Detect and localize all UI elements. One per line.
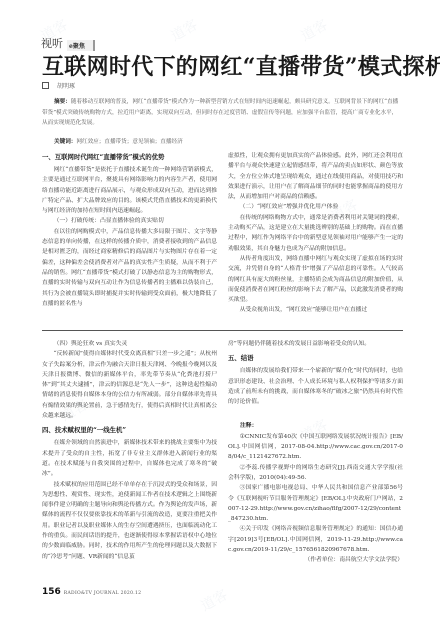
paragraph: 虚拟性，让观众拥有更加真实的产品体验感。此外，网红还会利用直播平台与观众快速建立…: [228, 151, 403, 202]
section-heading-1: 一、互联网时代网红“直播带货”模式的优势: [42, 151, 217, 163]
author-name: 胡明琢: [57, 81, 75, 90]
watermark: 道客: [297, 14, 331, 45]
subsection-heading-1: （一）打破传统：凸显直播体验的真实贴切: [42, 216, 217, 226]
column-top-right: 虚拟性，让观众拥有更加真实的产品体验感。此外，网红还会利用直播平台与观众快速建立…: [228, 151, 403, 316]
journal-brand: 视听: [41, 35, 63, 51]
keywords: 关键词：网红效应；直播带货；意见领袖；直播经济: [54, 137, 183, 145]
square-bullet-icon: [42, 82, 49, 89]
column-bottom-left: （四）舆论狂欢 vs 真实失灵 “反转新闻”使得自媒体时代受众离真相“只差一步之…: [42, 339, 217, 562]
page-number: 156: [42, 587, 61, 597]
section-tag: 视听 e聚焦: [41, 35, 95, 51]
document-page: 视听 e聚焦 互联网时代下的网红“直播带货”模式探析 胡明琢 摘要：随着移动互联…: [0, 0, 440, 620]
paragraph: 在媒介领域的自然演进中，新媒体技术带来的挑战主要集中为技术提升了受众的自主性，拓…: [42, 438, 217, 479]
paragraph: “反转新闻”使得自媒体时代受众离真相“只差一步之遥”；从杭州女子失踪案分析，津云…: [42, 349, 217, 421]
paragraph: 从传者角度出发，网络直播中网红与观众实现了虚拟在场的实时交流，并凭借自身的“人格…: [228, 254, 403, 305]
author-line: 胡明琢: [42, 81, 75, 90]
note-item: ④关于印发《网络音视频信息服务管理规定》的通知：国信办通字[2019]3号[EB…: [228, 524, 403, 555]
paragraph: 在传统的网络购物方式中，通常是消费者利用对关键词的搜索，主动购买产品，这是建立在…: [228, 213, 403, 254]
paragraph: 自媒体的发展给我们带来一个崭新的“媒介化”时代的同时，也给意识形态建设、社会治理…: [228, 366, 403, 407]
paragraph: 从受众视角出发，“网红效应”能够让用户在直播过: [228, 305, 403, 315]
abstract: 摘要：随着移动互联网的普及，网红“直播带货”模式作为一种新型营销方式在短时间内迅…: [42, 97, 402, 129]
page-footer: 156 RADIO&TV JOURNAL 2020.12: [42, 587, 141, 597]
notes-title: 注释：: [228, 421, 403, 431]
abstract-text: 随着移动互联网的普及，网红“直播带货”模式作为一种新型营销方式在短时间内迅速崛起…: [42, 99, 398, 126]
subsection-heading-4: （四）舆论狂欢 vs 真实失灵: [42, 339, 217, 349]
keywords-label: 关键词：: [54, 139, 76, 145]
page-divider: [42, 330, 403, 331]
paragraph: 技术赋权的应用范围已经不单单存在于沉浸式的受众和场景，因为思想性、观赏性、现实性…: [42, 480, 217, 562]
author-affiliation: （作者单位：南昌航空大学文法学院）: [228, 555, 403, 565]
column-bottom-right: 房”等问题仍伴随着技术的发展日益影响着受众的认知。 五、结语 自媒体的发展给我们…: [228, 339, 403, 566]
note-item: ①CNNIC发布第40次《中国互联网络发展状况统计报告》[EB/OL].中国网信…: [228, 432, 403, 463]
paragraph: 网红“直播带货”是依托于直播技术诞生的一种网络营销新模式，主要是通过互联网平台，…: [42, 165, 217, 216]
abstract-label: 摘要：: [54, 99, 71, 105]
note-item: ②李蕊.传播学视野中的网络生态研究[J].西南交通大学学报(社会科学版)，201…: [228, 463, 403, 484]
subsection-heading-2: （二）“网红效应”增强并优化用户体验: [228, 202, 403, 212]
paragraph: 房”等问题仍伴随着技术的发展日益影响着受众的认知。: [228, 339, 403, 349]
article-title: 互联网时代下的网红“直播带货”模式探析: [42, 50, 440, 81]
watermark: 道客: [167, 14, 201, 45]
section-heading-5: 五、结语: [228, 352, 403, 364]
note-item: ③国家广播电影电视总局、中华人民共和国信息产业部第56号令《互联网视听节目服务管…: [228, 483, 403, 524]
column-top-left: 一、互联网时代网红“直播带货”模式的优势 网红“直播带货”是依托于直播技术诞生的…: [42, 151, 217, 309]
watermark: 道客: [197, 584, 231, 615]
paragraph: 在以往的网购模式中，产品信息传播大多局限于图片、文字等静态信息的单向传播，在这样…: [42, 227, 217, 309]
journal-name: RADIO&TV JOURNAL 2020.12: [64, 591, 142, 596]
keywords-text: 网红效应；直播带货；意见领袖；直播经济: [76, 139, 182, 145]
section-heading-4: 四、技术赋权里的“一线生机”: [42, 424, 217, 436]
